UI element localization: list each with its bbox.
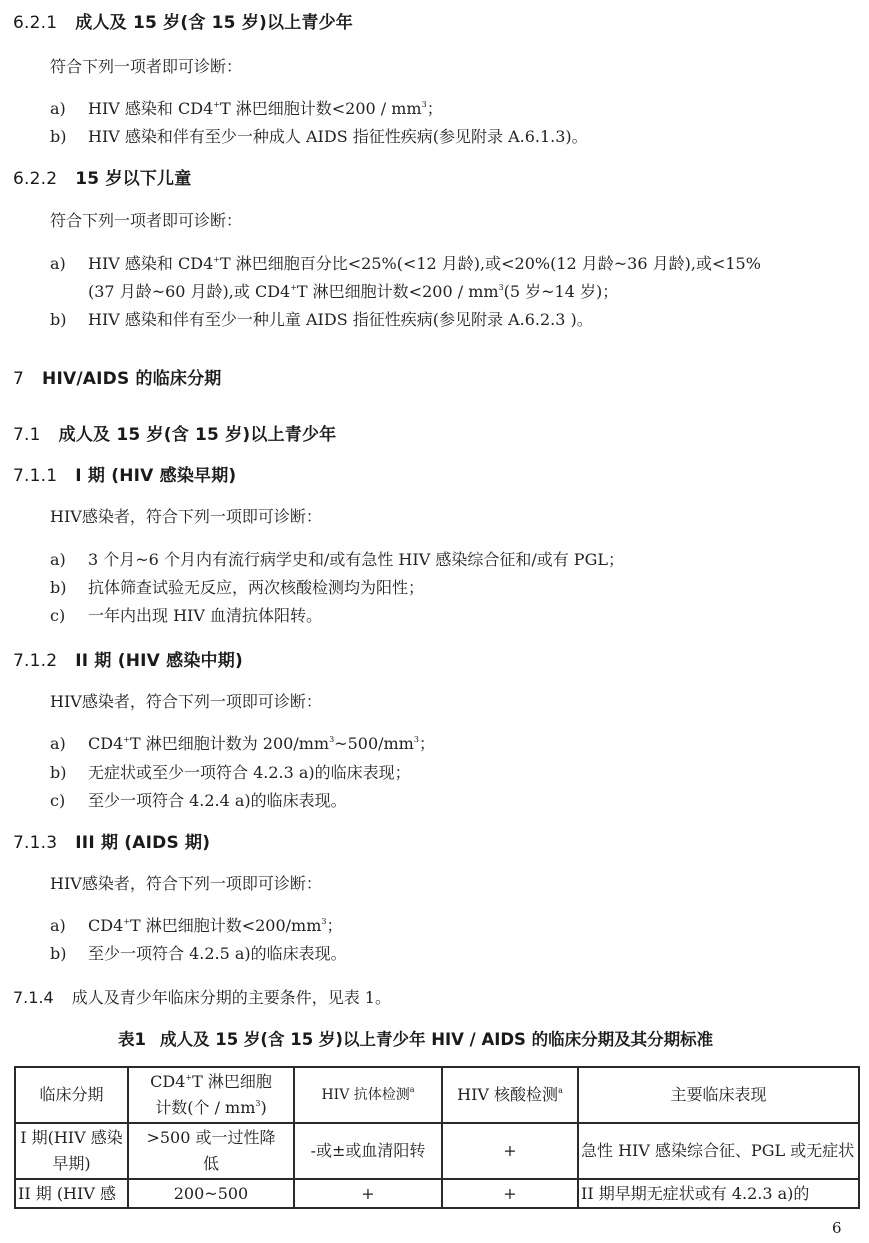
table-header-row: 临床分期 CD4+T 淋巴细胞 计数(个 / mm3) HIV 抗体检测a HI… — [15, 1067, 859, 1123]
table-caption: 表1成人及 15 岁(含 15 岁)以上青少年 HIV / AIDS 的临床分期… — [118, 1026, 713, 1050]
cell-stage: II 期 (HIV 感 — [15, 1179, 128, 1208]
heading-7-1-3: 7.1.3III 期 (AIDS 期) — [13, 828, 210, 853]
intro-7-1-3: HIV感染者，符合下列一项即可诊断： — [50, 871, 322, 894]
cell-cd4: 200~500 — [128, 1179, 294, 1208]
cell-stage: I 期(HIV 感染早期) — [15, 1123, 128, 1179]
intro-7-1-2: HIV感染者，符合下列一项即可诊断： — [50, 689, 322, 712]
heading-7-1: 7.1成人及 15 岁(含 15 岁)以上青少年 — [13, 420, 336, 445]
heading-6-2-1: 6.2.1成人及 15 岁(含 15 岁)以上青少年 — [13, 8, 353, 33]
cell-clinical: II 期早期无症状或有 4.2.3 a)的 — [578, 1179, 859, 1208]
intro-7-1-1: HIV感染者，符合下列一项即可诊断： — [50, 504, 322, 527]
list-item-7-1-1-a: a)3 个月~6 个月内有流行病学史和/或有急性 HIV 感染综合征和/或有 P… — [50, 547, 624, 570]
intro-6-2-2: 符合下列一项者即可诊断： — [50, 208, 242, 231]
list-item-6-2-2-a: a)HIV 感染和 CD4+T 淋巴细胞百分比<25%(<12 月龄),或<20… — [50, 251, 761, 274]
cell-clinical: 急性 HIV 感染综合征、PGL 或无症状 — [578, 1123, 859, 1179]
cell-nucleic: + — [442, 1179, 578, 1208]
header-nucleic: HIV 核酸检测a — [442, 1067, 578, 1123]
table-row: I 期(HIV 感染早期) >500 或一过性降低 -或±或血清阳转 + 急性 … — [15, 1123, 859, 1179]
list-item-7-1-2-a: a)CD4+T 淋巴细胞计数为 200/mm3~500/mm3； — [50, 731, 435, 754]
cell-nucleic: + — [442, 1123, 578, 1179]
cell-antibody: + — [294, 1179, 442, 1208]
page-number: 6 — [832, 1219, 842, 1237]
list-item-6-2-1-a: a)HIV 感染和 CD4+T 淋巴细胞计数<200 / mm3； — [50, 96, 443, 119]
header-clinical: 主要临床表现 — [578, 1067, 859, 1123]
paragraph-7-1-4: 7.1.4成人及青少年临床分期的主要条件，见表 1。 — [13, 985, 391, 1008]
heading-7: 7HIV/AIDS 的临床分期 — [13, 364, 222, 389]
header-stage: 临床分期 — [15, 1067, 128, 1123]
cell-cd4: >500 或一过性降低 — [128, 1123, 294, 1179]
list-item-6-2-2-a-cont: (37 月龄~60 月龄),或 CD4+T 淋巴细胞计数<200 / mm3(5… — [88, 279, 618, 302]
list-item-7-1-1-c: c)一年内出现 HIV 血清抗体阳转。 — [50, 603, 322, 626]
intro-6-2-1: 符合下列一项者即可诊断： — [50, 54, 242, 77]
cell-antibody: -或±或血清阳转 — [294, 1123, 442, 1179]
heading-6-2-2: 6.2.215 岁以下儿童 — [13, 164, 191, 189]
list-item-7-1-2-c: c)至少一项符合 4.2.4 a)的临床表现。 — [50, 788, 347, 811]
list-item-6-2-1-b: b)HIV 感染和伴有至少一种成人 AIDS 指征性疾病(参见附录 A.6.1.… — [50, 124, 588, 147]
list-item-6-2-2-b: b)HIV 感染和伴有至少一种儿童 AIDS 指征性疾病(参见附录 A.6.2.… — [50, 307, 593, 330]
heading-7-1-2: 7.1.2II 期 (HIV 感染中期) — [13, 646, 243, 671]
list-item-7-1-1-b: b)抗体筛查试验无反应，两次核酸检测均为阳性； — [50, 575, 424, 598]
header-antibody: HIV 抗体检测a — [294, 1067, 442, 1123]
list-item-7-1-2-b: b)无症状或至少一项符合 4.2.3 a)的临床表现； — [50, 760, 411, 783]
list-item-7-1-3-b: b)至少一项符合 4.2.5 a)的临床表现。 — [50, 941, 347, 964]
staging-table: 临床分期 CD4+T 淋巴细胞 计数(个 / mm3) HIV 抗体检测a HI… — [14, 1066, 860, 1209]
list-item-7-1-3-a: a)CD4+T 淋巴细胞计数<200/mm3； — [50, 913, 343, 936]
header-cd4: CD4+T 淋巴细胞 计数(个 / mm3) — [128, 1067, 294, 1123]
heading-7-1-1: 7.1.1I 期 (HIV 感染早期) — [13, 461, 236, 486]
table-row: II 期 (HIV 感 200~500 + + II 期早期无症状或有 4.2.… — [15, 1179, 859, 1208]
